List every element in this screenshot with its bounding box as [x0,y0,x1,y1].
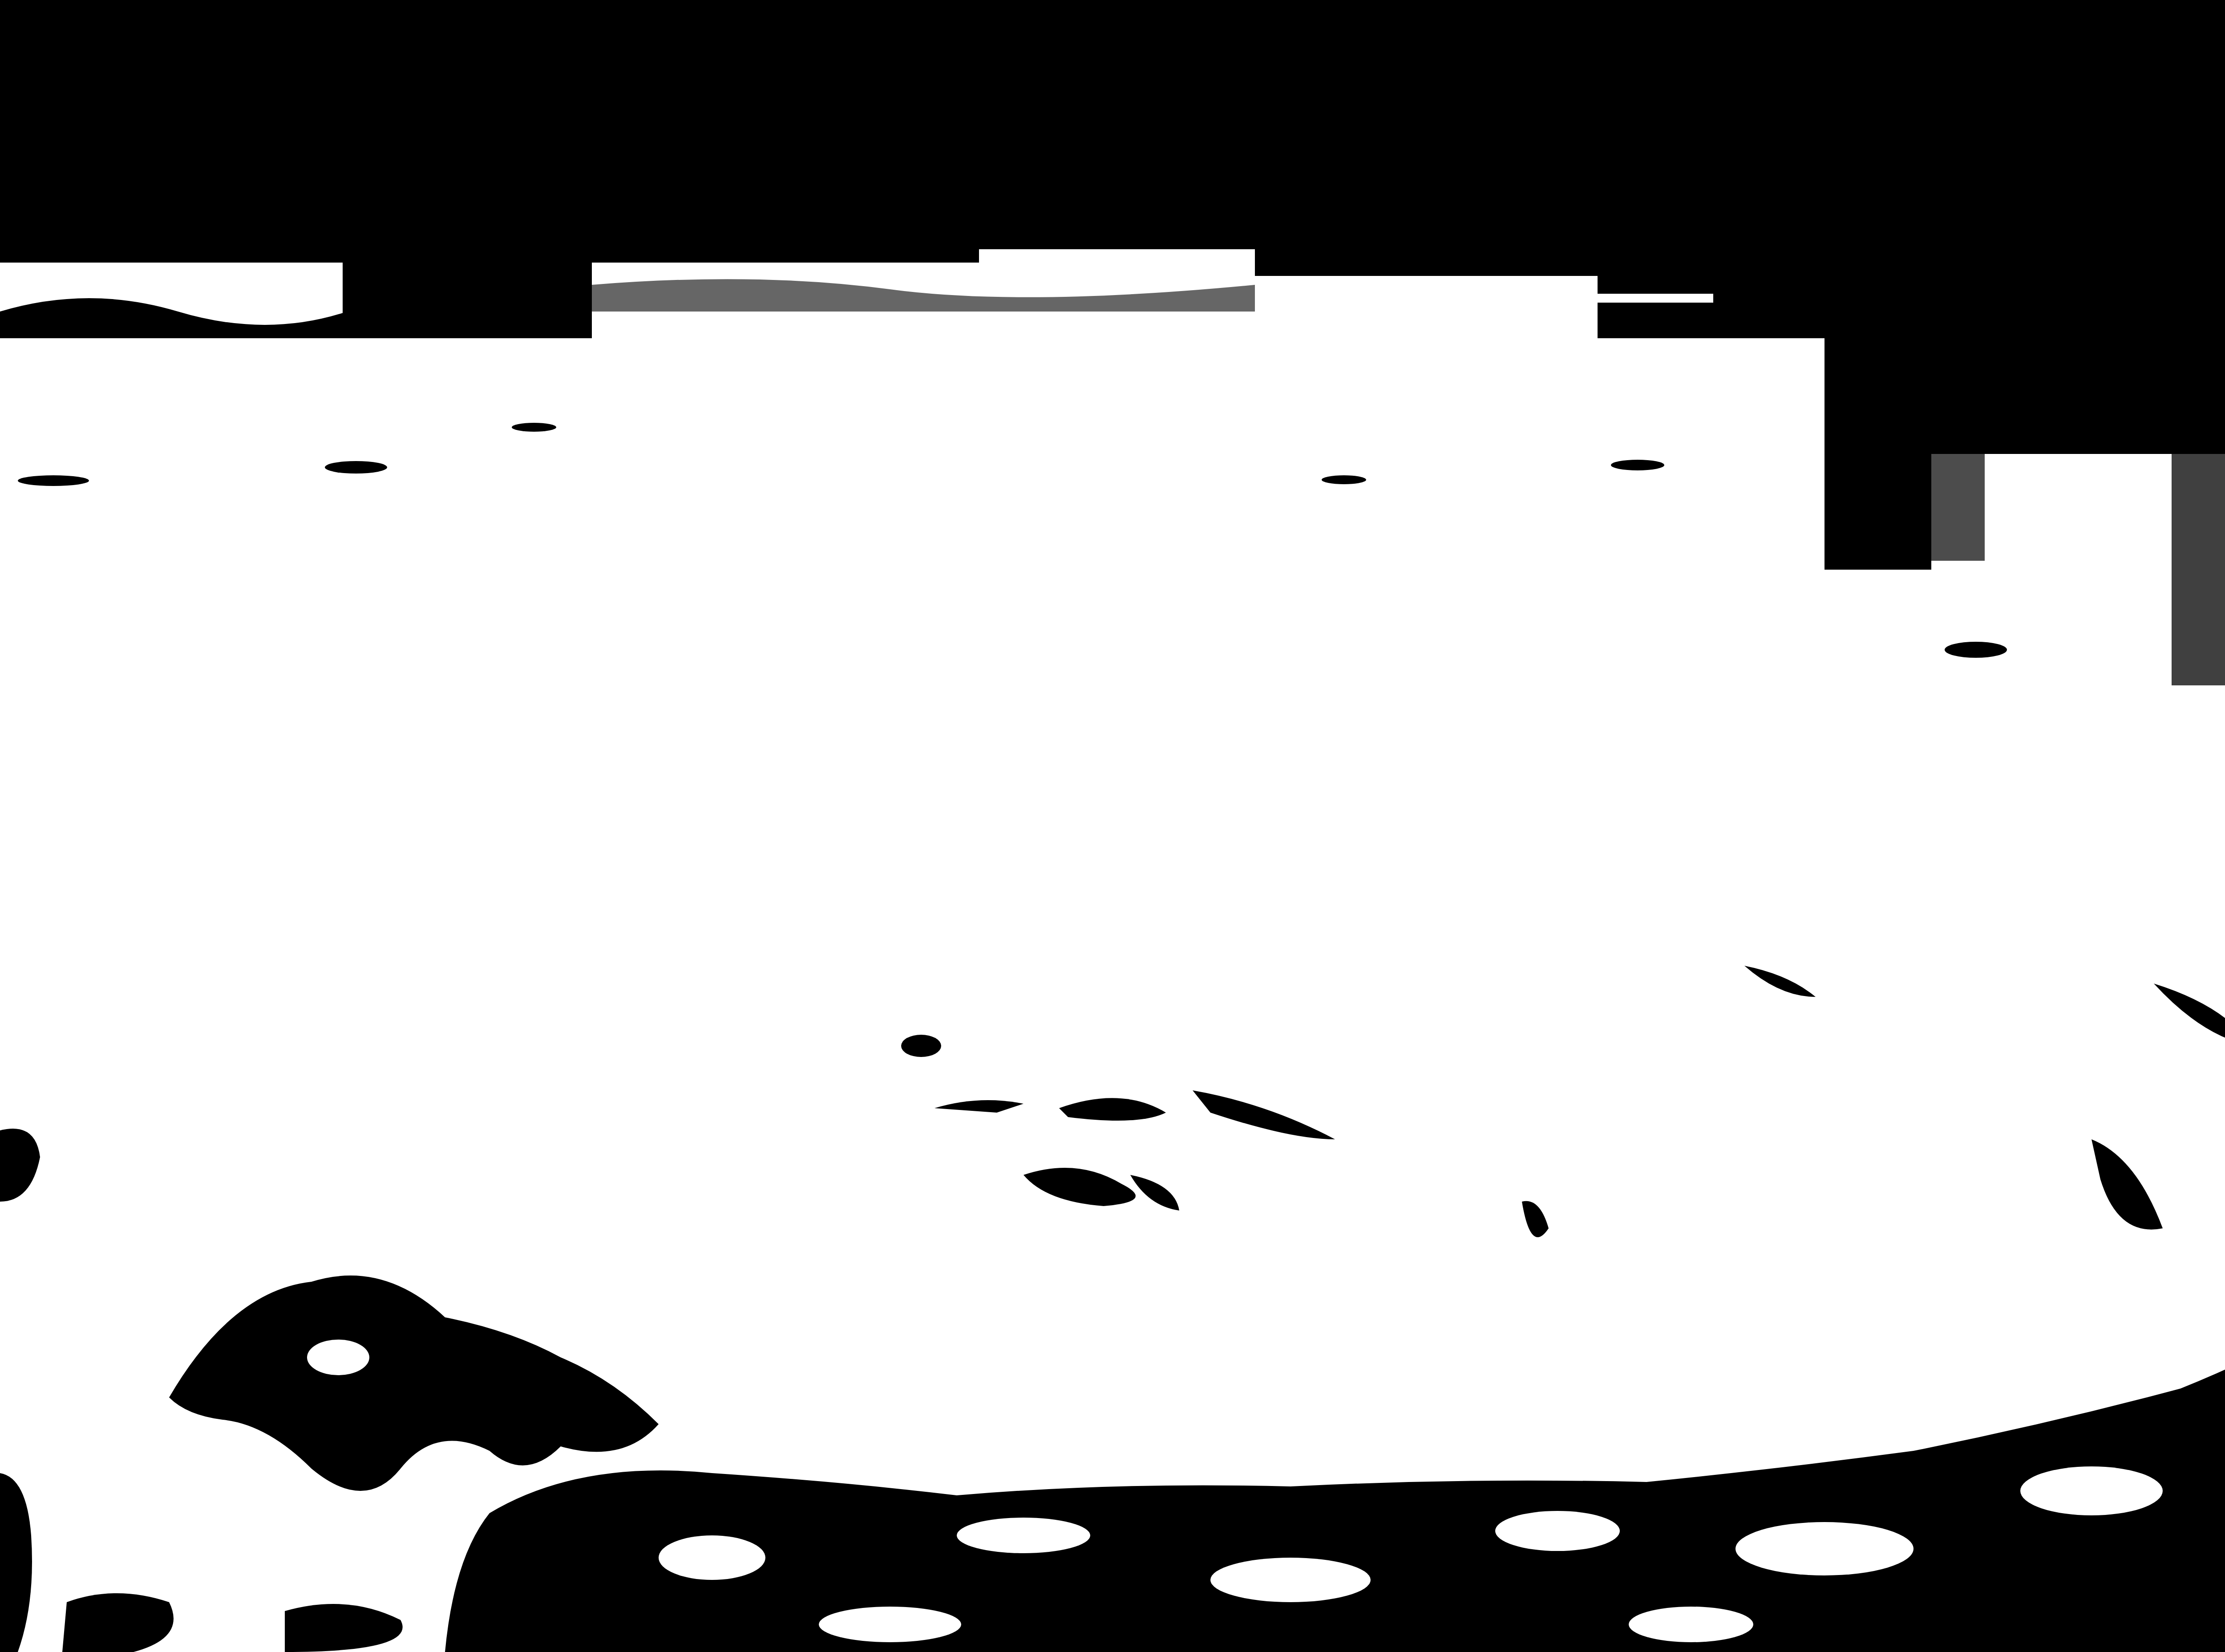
landscape-image [0,0,2225,1652]
